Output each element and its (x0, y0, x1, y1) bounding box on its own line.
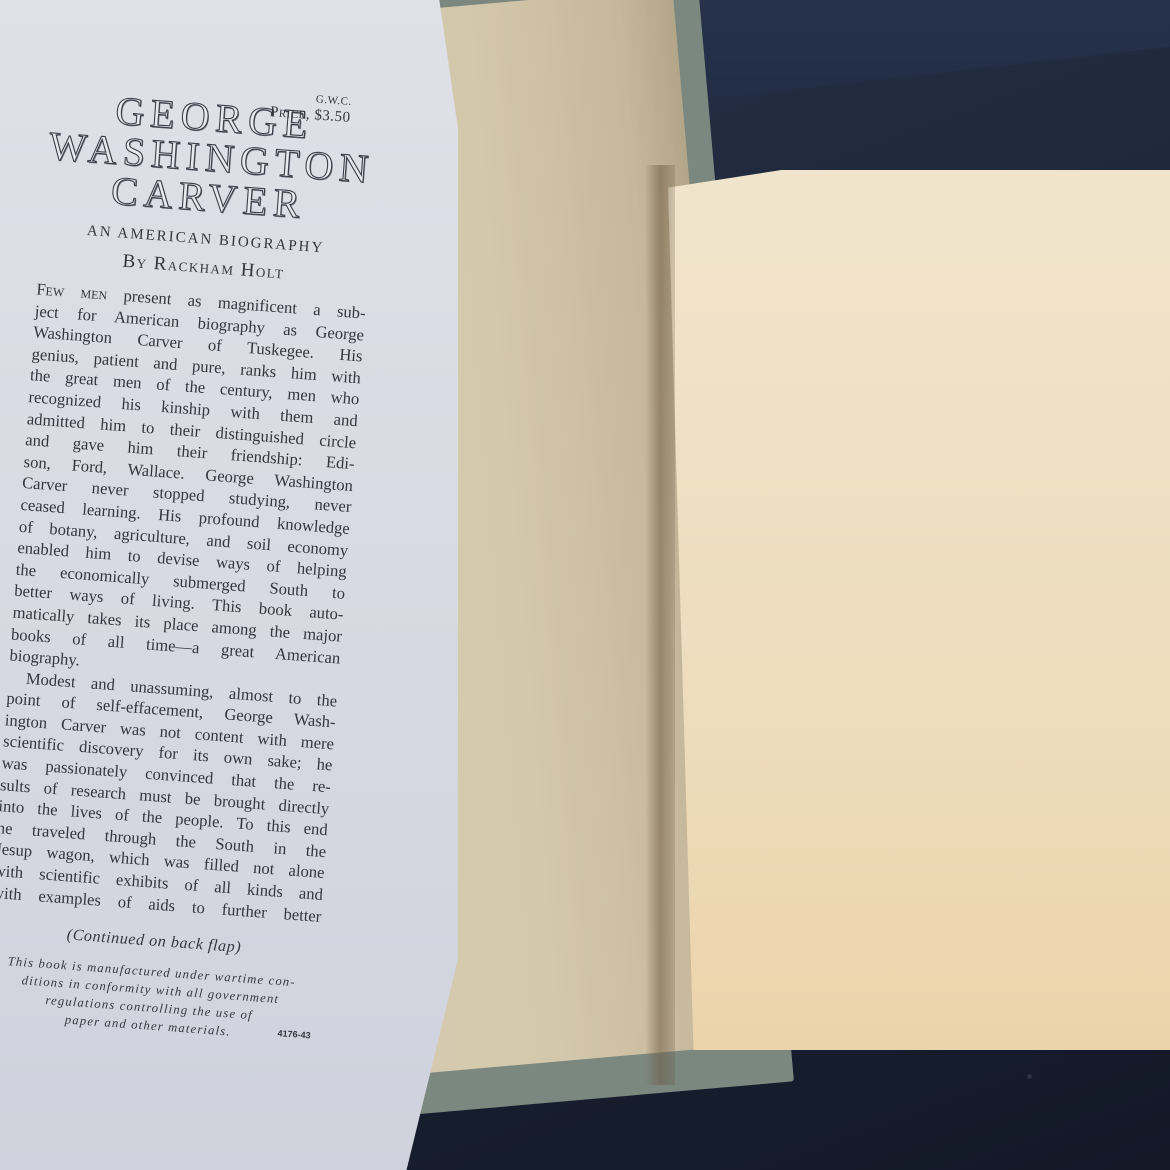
flap-content: G.W.C. Price, $3.50 GEORGE WASHINGTON CA… (0, 78, 381, 1041)
lead-in: Few men (36, 279, 108, 303)
paragraph-2: Modest and unassuming, almost to the poi… (0, 666, 338, 927)
dust-jacket-flap: G.W.C. Price, $3.50 GEORGE WASHINGTON CA… (0, 0, 458, 1170)
price-block: G.W.C. Price, $3.50 (270, 88, 353, 126)
paragraph-1: Few men present as magnificent a sub- je… (9, 278, 367, 690)
book-photo: G.W.C. Price, $3.50 GEORGE WASHINGTON CA… (0, 0, 1170, 1170)
gutter-shadow (645, 165, 675, 1085)
right-page (668, 170, 1170, 1050)
